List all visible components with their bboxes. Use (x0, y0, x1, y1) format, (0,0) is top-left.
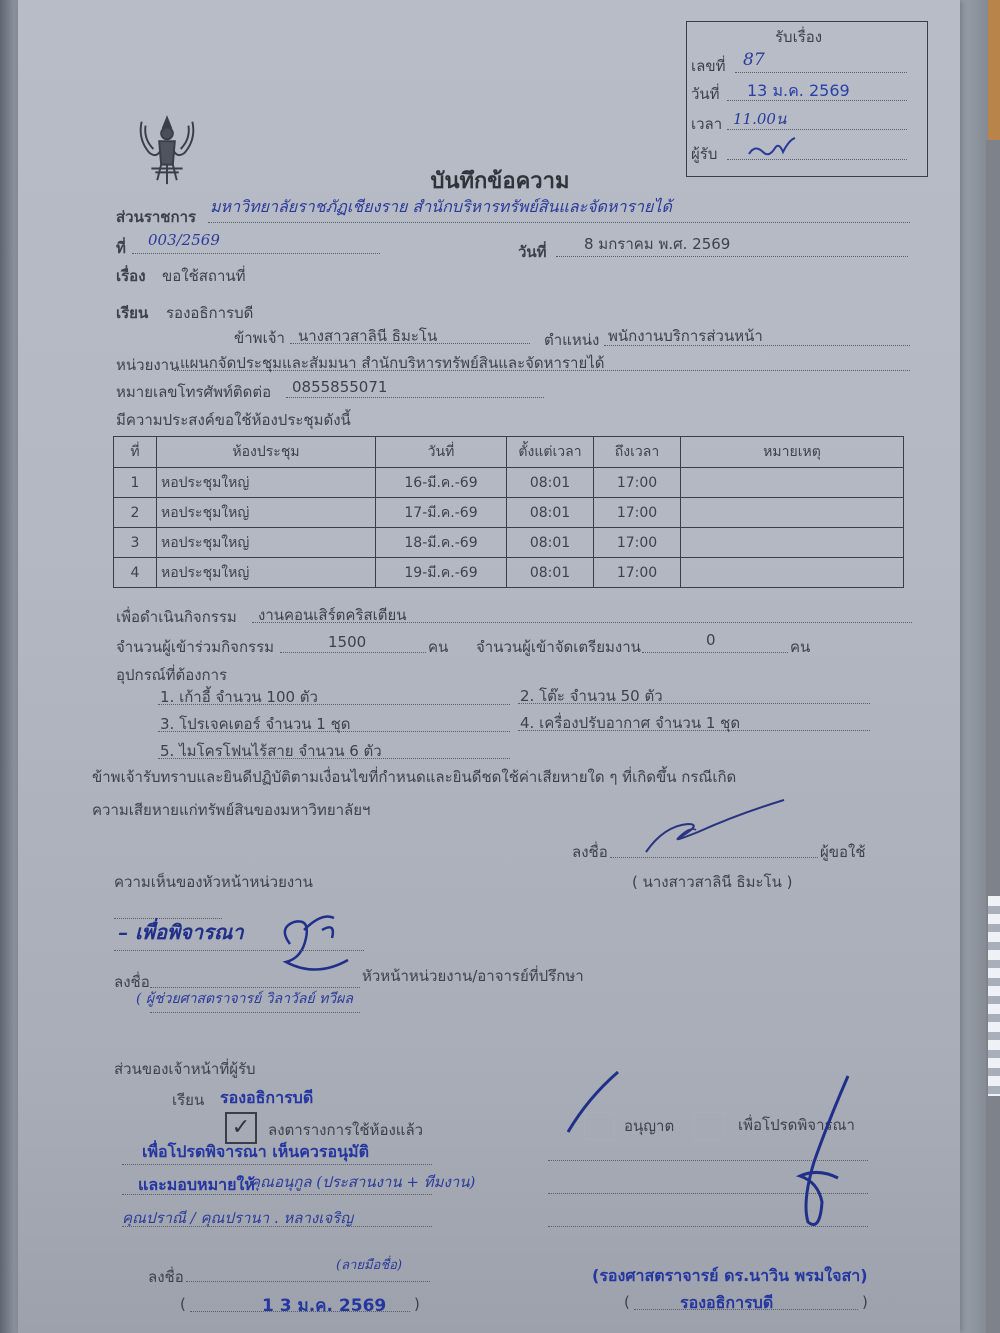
equipment-item: 4. เครื่องปรับอากาศ จำนวน 1 ชุด (520, 711, 740, 735)
applicant-label: ข้าพเจ้า (234, 326, 285, 350)
position-label: ตำแหน่ง (544, 328, 599, 352)
cell-room: หอประชุมใหญ่ (157, 498, 376, 528)
equipment-item: 1. เก้าอี้ จำนวน 100 ตัว (160, 685, 318, 709)
officer-date-stamp: 1 3 ม.ค. 2569 (262, 1292, 386, 1319)
cell-date: 16-มี.ค.-69 (376, 468, 507, 498)
received-header: รับเรื่อง (775, 25, 822, 49)
head-handwritten-name: ( ผู้ช่วยศาสตราจารย์ วิลาวัลย์ ทวีผล (136, 988, 353, 1010)
received-date-label: วันที่ (691, 82, 720, 106)
date-value: 8 มกราคม พ.ศ. 2569 (584, 232, 730, 256)
officer-handwritten-sign: (ลายมือชื่อ) (336, 1254, 402, 1275)
applicant-sign-role: ผู้ขอใช้ (820, 840, 866, 864)
cell-start: 08:01 (507, 468, 594, 498)
ref-label: ที่ (116, 236, 126, 260)
table-row: 1 หอประชุมใหญ่ 16-มี.ค.-69 08:01 17:00 (114, 468, 904, 498)
ref-value: 003/2569 (148, 231, 220, 249)
cell-remark (681, 528, 904, 558)
consider-checkbox[interactable] (694, 1112, 724, 1140)
col-header-no: ที่ (114, 437, 157, 468)
cell-no: 2 (114, 498, 157, 528)
background-shadow-edge (986, 140, 1000, 1333)
agency-label: ส่วนราชการ (116, 205, 196, 229)
cell-end: 17:00 (594, 498, 681, 528)
officer-section-label: ส่วนของเจ้าหน้าที่ผู้รับ (114, 1057, 256, 1081)
officer-sign-label: ลงชื่อ (148, 1265, 184, 1289)
cell-date: 17-มี.ค.-69 (376, 498, 507, 528)
officer-handwritten-line2: คุณอนุกูล (ประสานงาน + ทีมงาน) (250, 1170, 475, 1194)
unit-label: หน่วยงาน (116, 353, 179, 377)
participants-unit: คน (428, 635, 448, 659)
received-number-value: 87 (743, 50, 765, 70)
agreement-line2: ความเสียหายแก่ทรัพย์สินของมหาวิทยาลัยฯ (92, 798, 370, 822)
officer-date-open-paren: ( (180, 1295, 186, 1313)
cell-no: 4 (114, 558, 157, 588)
background-light-strip (988, 896, 1000, 1096)
officer-to-label: เรียน (172, 1088, 204, 1112)
received-date-value: 13 ม.ค. 2569 (747, 79, 850, 104)
col-header-date: วันที่ (376, 437, 507, 468)
memo-paper: รับเรื่อง เลขที่ 87 วันที่ 13 ม.ค. 2569 … (18, 0, 960, 1333)
phone-value: 0855855071 (292, 378, 387, 396)
officer-date-close-paren: ) (414, 1295, 420, 1313)
col-header-start: ตั้งแต่เวลา (507, 437, 594, 468)
phone-label: หมายเลขโทรศัพท์ติดต่อ (116, 380, 271, 404)
cell-start: 08:01 (507, 498, 594, 528)
date-label: วันที่ (518, 240, 547, 264)
received-time-value: 11.00น (733, 107, 786, 131)
col-header-room: ห้องประชุม (157, 437, 376, 468)
cell-no: 3 (114, 528, 157, 558)
rooms-table: ที่ ห้องประชุม วันที่ ตั้งแต่เวลา ถึงเวล… (113, 436, 904, 588)
applicant-sign-label: ลงชื่อ (572, 840, 608, 864)
cell-start: 08:01 (507, 558, 594, 588)
head-signature-icon (276, 908, 366, 980)
officer-stamp-line1: เพื่อโปรดพิจารณา เห็นควรอนุมัติ (142, 1140, 369, 1165)
position-value: พนักงานบริการส่วนหน้า (608, 324, 763, 348)
cell-start: 08:01 (507, 528, 594, 558)
cell-room: หอประชุมใหญ่ (157, 528, 376, 558)
equipment-item: 2. โต๊ะ จำนวน 50 ตัว (520, 684, 663, 708)
to-value: รองอธิการบดี (166, 301, 253, 325)
subject-label: เรื่อง (116, 264, 146, 288)
approver-role-stamp: รองอธิการบดี (680, 1291, 773, 1316)
received-stamp-box: รับเรื่อง เลขที่ 87 วันที่ 13 ม.ค. 2569 … (686, 21, 928, 177)
table-header-row: ที่ ห้องประชุม วันที่ ตั้งแต่เวลา ถึงเวล… (114, 437, 904, 468)
cell-remark (681, 468, 904, 498)
head-opinion-label: ความเห็นของหัวหน้าหน่วยงาน (114, 870, 313, 894)
agreement-line1: ข้าพเจ้ารับทราบและยินดีปฏิบัติตามเงื่อนไ… (92, 765, 736, 789)
cell-date: 18-มี.ค.-69 (376, 528, 507, 558)
staff-unit: คน (790, 635, 810, 659)
cell-end: 17:00 (594, 528, 681, 558)
approve-option-label: อนุญาต (624, 1114, 674, 1138)
equipment-item: 3. โปรเจคเตอร์ จำนวน 1 ชุด (160, 712, 351, 736)
col-header-remark: หมายเหตุ (681, 437, 904, 468)
approver-role-open-paren: ( (624, 1293, 630, 1311)
background-desk-edge (988, 0, 1000, 140)
approver-name-stamp: (รองศาสตราจารย์ ดร.นาวิน พรมใจสา) (592, 1264, 868, 1289)
schedule-checkbox-label: ลงตารางการใช้ห้องแล้ว (268, 1118, 423, 1142)
approver-signature-icon (778, 1072, 858, 1232)
table-row: 4 หอประชุมใหญ่ 19-มี.ค.-69 08:01 17:00 (114, 558, 904, 588)
applicant-value: นางสาวสาลินี ธิมะโน (298, 324, 437, 348)
agency-value: มหาวิทยาลัยราชภัฏเชียงราย สำนักบริหารทรั… (210, 195, 672, 220)
cell-no: 1 (114, 468, 157, 498)
cell-date: 19-มี.ค.-69 (376, 558, 507, 588)
participants-value: 1500 (328, 633, 366, 651)
cell-end: 17:00 (594, 558, 681, 588)
applicant-signature-icon (638, 796, 788, 856)
head-sign-role: หัวหน้าหน่วยงาน/อาจารย์ที่ปรึกษา (362, 964, 584, 988)
cell-remark (681, 558, 904, 588)
head-opinion-note: – เพื่อพิจารณา (118, 916, 244, 948)
receiver-signature-icon (745, 134, 805, 160)
activity-label: เพื่อดำเนินกิจกรรม (116, 605, 237, 629)
cell-end: 17:00 (594, 468, 681, 498)
participants-label: จำนวนผู้เข้าร่วมกิจกรรม (116, 635, 274, 659)
col-header-end: ถึงเวลา (594, 437, 681, 468)
equipment-item: 5. ไมโครโฟนไร้สาย จำนวน 6 ตัว (160, 739, 382, 763)
staff-value: 0 (706, 631, 716, 649)
table-row: 2 หอประชุมใหญ่ 17-มี.ค.-69 08:01 17:00 (114, 498, 904, 528)
activity-value: งานคอนเสิร์ตคริสเตียน (258, 603, 407, 627)
cell-room: หอประชุมใหญ่ (157, 558, 376, 588)
equipment-label: อุปกรณ์ที่ต้องการ (116, 663, 227, 687)
approve-checkbox[interactable] (584, 1112, 614, 1140)
subject-value: ขอใช้สถานที่ (162, 264, 246, 288)
received-number-label: เลขที่ (691, 54, 725, 78)
approver-role-close-paren: ) (862, 1293, 868, 1311)
purpose-intro: มีความประสงค์ขอใช้ห้องประชุมดังนี้ (116, 408, 351, 432)
checkmark-icon: ✓ (232, 1115, 250, 1140)
to-label: เรียน (116, 301, 148, 325)
received-time-label: เวลา (691, 112, 722, 136)
memo-title: บันทึกข้อความ (0, 163, 1000, 198)
officer-to-value: รองอธิการบดี (220, 1086, 313, 1111)
cell-room: หอประชุมใหญ่ (157, 468, 376, 498)
unit-value: แผนกจัดประชุมและสัมมนา สำนักบริหารทรัพย์… (180, 351, 605, 375)
staff-label: จำนวนผู้เข้าจัดเตรียมงาน (476, 635, 641, 659)
cell-remark (681, 498, 904, 528)
applicant-sign-name: ( นางสาวสาลินี ธิมะโน ) (632, 870, 792, 894)
table-row: 3 หอประชุมใหญ่ 18-มี.ค.-69 08:01 17:00 (114, 528, 904, 558)
